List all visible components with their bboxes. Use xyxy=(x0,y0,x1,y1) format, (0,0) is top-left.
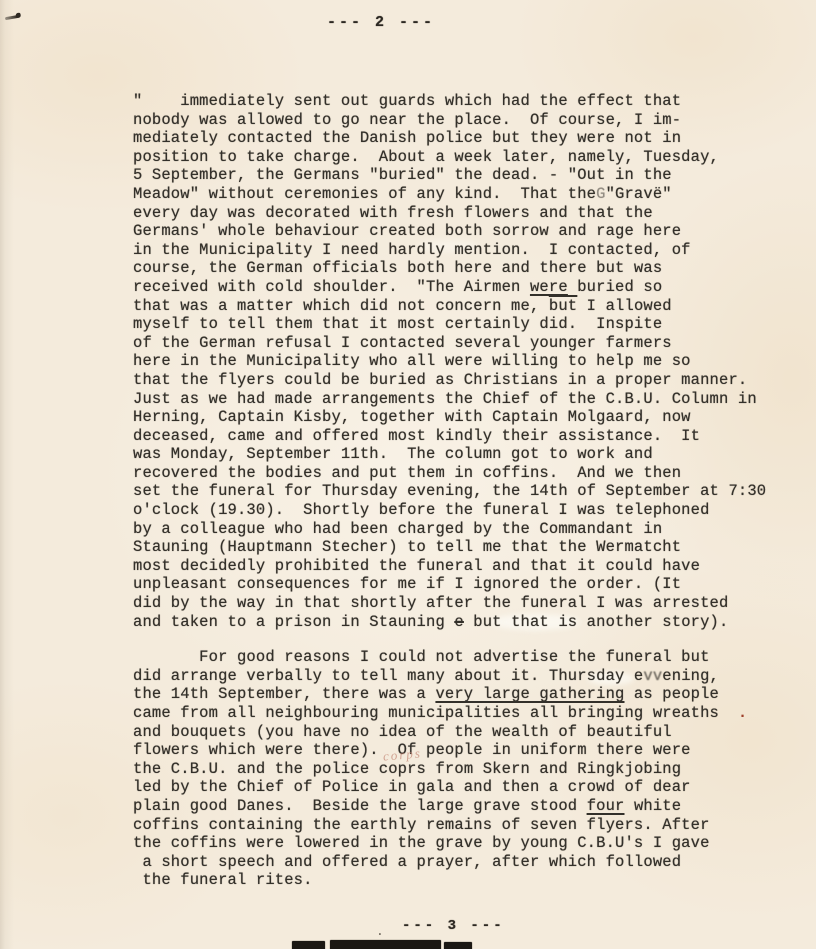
text-line: recovered the bodies and put them in cof… xyxy=(133,464,803,483)
text-segment: "Gravë" xyxy=(606,185,672,203)
text-line: Just as we had made arrangements the Chi… xyxy=(133,390,803,409)
text-line: every day was decorated with fresh flowe… xyxy=(133,204,803,223)
text-line: For good reasons I could not advertise t… xyxy=(133,648,803,667)
annotated-word: corpscoprs xyxy=(379,760,426,779)
text-line: set the funeral for Thursday evening, th… xyxy=(133,482,803,501)
text-line: that was a matter which did not concern … xyxy=(133,297,803,316)
text-line: the 14th September, there was a very lar… xyxy=(133,685,803,704)
text-line: that the flyers could be buried as Chris… xyxy=(133,371,803,390)
document-body: " immediately sent out guards which had … xyxy=(133,92,803,890)
text-line: myself to tell them that it most certain… xyxy=(133,315,803,334)
text-line: received with cold shoulder. "The Airmen… xyxy=(133,278,803,297)
text-line: Germans' whole behaviour created both so… xyxy=(133,222,803,241)
text-line: most decidedly prohibited the funeral an… xyxy=(133,557,803,576)
text-line: Meadow" without ceremonies of any kind. … xyxy=(133,185,803,204)
text-line: 5 September, the Germans "buried" the de… xyxy=(133,166,803,185)
handwritten-correction: corps xyxy=(382,744,422,766)
page-number-top: --- 2 --- xyxy=(327,14,435,31)
text-line: the coffins were lowered in the grave by… xyxy=(133,834,803,853)
text-line: position to take charge. About a week la… xyxy=(133,148,803,167)
text-line: mediately contacted the Danish police bu… xyxy=(133,129,803,148)
text-segment: but xyxy=(549,297,577,315)
text-line: course, the German officials both here a… xyxy=(133,259,803,278)
text-line: plain good Danes. Beside the large grave… xyxy=(133,797,803,816)
text-line: nobody was allowed to go near the place.… xyxy=(133,111,803,130)
text-line: o'clock (19.30). Shortly before the fune… xyxy=(133,501,803,520)
text-segment: e xyxy=(454,613,463,631)
text-line: and taken to a prison in Stauning e but … xyxy=(133,613,803,632)
text-segment: vv xyxy=(643,667,662,685)
text-segment: very large gathering xyxy=(435,685,624,703)
text-line: deceased, came and offered most kindly t… xyxy=(133,427,803,446)
text-segment: . xyxy=(719,704,747,722)
text-line: the funeral rites. xyxy=(133,871,803,890)
text-line: led by the Chief of Police in gala and t… xyxy=(133,778,803,797)
text-line: Stauning (Hauptmann Stecher) to tell me … xyxy=(133,538,803,557)
text-line: of the German refusal I contacted severa… xyxy=(133,334,803,353)
redaction-mark xyxy=(444,942,472,949)
text-line: did arrange verbally to tell many about … xyxy=(133,667,803,686)
text-segment: were xyxy=(530,278,568,296)
text-line: a short speech and offered a prayer, aft… xyxy=(133,853,803,872)
text-line: and bouquets (you have no idea of the we… xyxy=(133,723,803,742)
text-line: here in the Municipality who all were wi… xyxy=(133,352,803,371)
text-line: Herning, Captain Kisby, together with Ca… xyxy=(133,408,803,427)
paragraph: " immediately sent out guards which had … xyxy=(133,92,803,631)
stray-dot: . xyxy=(376,924,384,939)
text-line: coffins containing the earthly remains o… xyxy=(133,816,803,835)
page-number-bottom: --- 3 --- xyxy=(402,918,505,934)
text-line: did by the way in that shortly after the… xyxy=(133,594,803,613)
paragraph: For good reasons I could not advertise t… xyxy=(133,648,803,890)
text-line: " immediately sent out guards which had … xyxy=(133,92,803,111)
redaction-mark xyxy=(292,941,325,949)
text-segment: G xyxy=(596,185,605,203)
text-line: came from all neighbouring municipalitie… xyxy=(133,704,803,723)
typewritten-document-page: --- 2 --- " immediately sent out guards … xyxy=(0,0,816,949)
text-line: flowers which were there). Of people in … xyxy=(133,741,803,760)
pen-mark xyxy=(5,15,19,20)
text-segment: four xyxy=(587,797,625,815)
text-line: was Monday, September 11th. The column g… xyxy=(133,445,803,464)
redaction-mark xyxy=(330,940,441,949)
text-line: in the Municipality I need hardly mentio… xyxy=(133,241,803,260)
text-line: unpleasant consequences for me if I igno… xyxy=(133,575,803,594)
text-line: the C.B.U. and the police corpscoprs fro… xyxy=(133,760,803,779)
text-line: by a colleague who had been charged by t… xyxy=(133,520,803,539)
